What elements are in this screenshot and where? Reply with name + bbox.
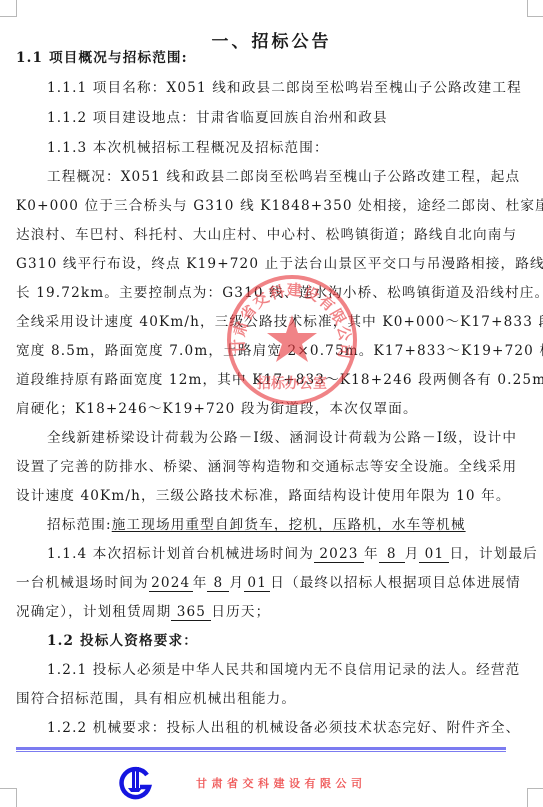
end-year-field: 2024: [149, 576, 193, 592]
schedule-text: 日，计划最后: [449, 546, 537, 562]
footer-company-name: 甘肃省交科建设有限公司: [196, 775, 367, 791]
schedule-line-1: 1.1.4 本次招标计划首台机械进场时间为2023年8月01日，计划最后: [47, 545, 543, 563]
overview-line: 长 19.72km。主要控制点为：G310 线、莲水沟小桥、松鸣镇街道及沿线村庄…: [16, 284, 528, 302]
start-month-field: 8: [379, 547, 405, 563]
crop-mark-bottom-left: [0, 788, 17, 807]
crop-mark-top-right: [527, 0, 543, 17]
overview-line: 工程概况：X051 线和政县二郎岗至松鸣岩至槐山子公路改建工程，起点: [47, 168, 543, 186]
schedule-text: 日历天；: [211, 604, 270, 620]
section-heading-1-1: 1.1 项目概况与招标范围:: [16, 49, 528, 67]
machinery-requirement: 1.2.2 机械要求：投标人出租的机械设备必须技术状态完好、附件齐全、: [47, 719, 543, 737]
project-location: 1.1.2 项目建设地点：甘肃省临夏回族自治州和政县: [47, 109, 543, 127]
design-line: 全线新建桥梁设计荷载为公路－Ⅰ级、涵洞设计荷载为公路－Ⅰ级，设计中: [47, 429, 543, 447]
overview-line: 达浪村、车巴村、科托村、大山庄村、中心村、松鸣镇街道；路线自北向南与: [16, 226, 528, 244]
qualification-line: 1.2.1 投标人必须是中华人民共和国境内无不良信用记录的法人。经营范: [47, 661, 543, 679]
section-heading-1-2: 1.2 投标人资格要求：: [47, 632, 543, 650]
end-day-field: 01: [244, 576, 270, 592]
bid-scope-value: 施工现场用重型自卸货车，挖机，压路机，水车等机械: [112, 517, 466, 533]
start-year-field: 2023: [314, 547, 364, 563]
bid-scope: 招标范围:施工现场用重型自卸货车，挖机，压路机，水车等机械: [47, 516, 543, 534]
overview-line: G310 线平行布设，终点 K19+720 止于法台山景区平交口与吊漫路相接，路…: [16, 255, 528, 273]
project-name: 1.1.1 项目名称：X051 线和政县二郎岗至松鸣岩至槐山子公路改建工程: [47, 79, 543, 97]
qualification-line: 围符合招标范围，具有相应机械出租能力。: [16, 690, 528, 708]
crop-mark-top-left: [0, 0, 17, 17]
overview-line: K0+000 位于三合桥头与 G310 线 K1848+350 处相接，途经二郎…: [16, 197, 528, 215]
scope-heading: 1.1.3 本次机械招标工程概况及招标范围：: [47, 139, 543, 157]
footer-rule: [16, 747, 506, 750]
overview-line: 宽度 8.5m，路面宽度 7.0m，土路肩宽 2×0.75m。K17+833～K…: [16, 342, 528, 360]
footer-rule: [16, 751, 506, 752]
month-unit: 月: [405, 546, 420, 562]
lease-days-field: 365: [171, 605, 211, 621]
end-month-field: 8: [207, 576, 229, 592]
overview-line: 道段维持原有路面宽度 12m，其中 K17+833～K18+246 段两侧各有 …: [16, 371, 528, 389]
bid-scope-label: 招标范围:: [47, 517, 112, 533]
design-line: 设计速度 40Km/h，三级公路技术标准，路面结构设计使用年限为 10 年。: [16, 487, 528, 505]
company-logo-icon: [117, 765, 155, 803]
schedule-line-2: 一台机械退场时间为2024年8月01日（最终以招标人根据项目总体进展情: [16, 574, 528, 592]
year-unit: 年: [193, 575, 208, 591]
schedule-text: 1.1.4 本次招标计划首台机械进场时间为: [47, 546, 314, 562]
design-line: 设置了完善的防排水、桥梁、涵洞等构造物和交通标志等安全设施。全线采用: [16, 458, 528, 476]
schedule-text: 况确定），计划租赁周期: [16, 604, 171, 620]
schedule-text: 一台机械退场时间为: [16, 575, 149, 591]
year-unit: 年: [364, 546, 379, 562]
crop-mark-bottom-right: [527, 788, 543, 807]
start-day-field: 01: [419, 547, 449, 563]
schedule-line-3: 况确定），计划租赁周期365日历天；: [16, 603, 528, 621]
overview-line: 肩硬化；K18+246～K19+720 段为街道段，本次仅罩面。: [16, 400, 528, 418]
overview-line: 全线采用设计速度 40Km/h，三级公路技术标准，其中 K0+000～K17+8…: [16, 313, 528, 331]
month-unit: 月: [229, 575, 244, 591]
schedule-text: 日（最终以招标人根据项目总体进展情: [270, 575, 521, 591]
